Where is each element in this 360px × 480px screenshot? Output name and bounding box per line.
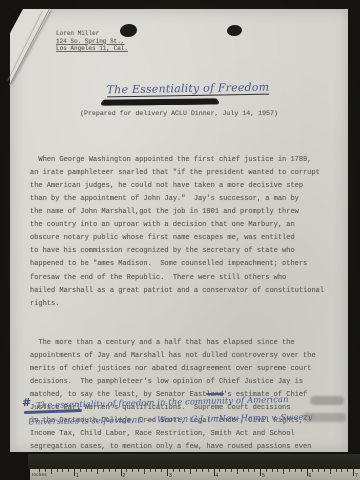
insertion-mark: #: [22, 396, 32, 410]
text-line: segregation cases, to mention only a few…: [30, 441, 338, 454]
ruler-tick: [202, 469, 203, 472]
ruler-tick: [179, 469, 180, 472]
ruler-tick: [74, 469, 75, 476]
ruler-tick: [150, 469, 151, 472]
ruler-tick: [283, 469, 284, 474]
ink-dash-mark: [206, 393, 224, 395]
ruler-tick: [353, 469, 354, 476]
scanned-document-photo: Loren Miller124 So. Spring St.,Los Angel…: [0, 0, 360, 480]
ruler-tick: [336, 469, 337, 472]
text-line: obscure notary public whose first name e…: [30, 232, 338, 245]
ruler-tick: [301, 469, 302, 472]
ruler-tick: [243, 469, 244, 472]
page-corner-shadow: [10, 9, 23, 33]
ruler-tick: [219, 469, 220, 472]
text-line: rights.: [30, 298, 338, 311]
text-line: When George Washington appointed the fir…: [30, 154, 338, 167]
ruler-tick: [173, 469, 174, 472]
text-line: decisions. The pamphleteer's low opinion…: [30, 376, 338, 389]
ruler-tick: [39, 469, 40, 472]
text-line: Income Tax, Child Labor, Race Restrictio…: [30, 428, 338, 441]
ruler-tick: [208, 469, 209, 472]
ruler-number: 7: [355, 473, 358, 479]
ruler-tick: [324, 469, 325, 472]
ruler-tick: [196, 469, 197, 472]
ruler-tick: [272, 469, 273, 472]
ruler-tick: [57, 469, 58, 472]
ruler-tick: [126, 469, 127, 472]
ruler-tick: [312, 469, 313, 472]
text-line: The more than a century and a half that …: [30, 337, 338, 350]
ruler-tick: [237, 469, 238, 474]
ruler-tick: [167, 469, 168, 476]
ruler-tick: [347, 469, 348, 472]
text-line: to have his commission recognized by the…: [30, 245, 338, 258]
ruler-label: Inches: [32, 472, 47, 477]
text-line: than by the appointment of John Jay." Ja…: [30, 193, 338, 206]
ruler-tick: [184, 469, 185, 472]
text-line: 124 So. Spring St.,: [56, 38, 128, 46]
scan-shadow-bar: [28, 454, 360, 469]
ruler-tick: [231, 469, 232, 472]
scribbled-out-text: [102, 98, 218, 105]
ruler-number: 4: [216, 473, 219, 479]
text-line: foresaw the end of the Republic. There w…: [30, 272, 338, 285]
ink-smudge: [310, 396, 344, 405]
ruler-tick: [260, 469, 261, 476]
ruler-number: 6: [309, 473, 312, 479]
ruler-tick: [80, 469, 81, 472]
ruler-tick: [248, 469, 249, 472]
body-text: When George Washington appointed the fir…: [30, 128, 338, 480]
ruler-number: 5: [262, 473, 265, 479]
address-block: Loren Miller124 So. Spring St.,Los Angel…: [56, 30, 128, 53]
ruler-tick: [121, 469, 122, 476]
ruler-tick: [103, 469, 104, 472]
text-line: the country into an uproar with a decisi…: [30, 219, 338, 232]
ruler-tick: [254, 469, 255, 472]
text-line: the name of John Marshall,got the job in…: [30, 206, 338, 219]
ruler-tick: [289, 469, 290, 472]
document-page: Loren Miller124 So. Spring St.,Los Angel…: [10, 9, 348, 452]
ruler-tick: [318, 469, 319, 472]
ruler-tick: [91, 469, 92, 472]
ruler-tick: [214, 469, 215, 476]
ruler-tick: [266, 469, 267, 472]
text-line: appointments of Jay and Marshall has not…: [30, 350, 338, 363]
text-line: Los Angeles 11, Cal.: [56, 45, 128, 53]
ink-smudge: [302, 413, 346, 422]
text-line: merits of chief justices nor abated disa…: [30, 363, 338, 376]
ruler-tick: [330, 469, 331, 474]
ruler-number: 1: [76, 473, 79, 479]
ruler-number: 3: [169, 473, 172, 479]
ruler-tick: [51, 469, 52, 474]
text-line: hailed Marshall as a great patriot and a…: [30, 285, 338, 298]
text-line: an irate pamphleteer snarled that "if th…: [30, 167, 338, 180]
ruler-tick: [109, 469, 110, 472]
ruler-tick: [45, 469, 46, 472]
ruler-tick: [307, 469, 308, 476]
ruler-tick: [115, 469, 116, 472]
ruler-tick: [341, 469, 342, 472]
text-line: happened to be "ames Madison. Some couns…: [30, 258, 338, 271]
ruler-tick: [277, 469, 278, 472]
paragraph: When George Washington appointed the fir…: [30, 154, 338, 311]
ruler-tick: [161, 469, 162, 472]
text-line: the American judges, he could not have t…: [30, 180, 338, 193]
ruler-tick: [144, 469, 145, 474]
ruler-tick: [190, 469, 191, 474]
text-line: Loren Miller: [56, 30, 128, 38]
ruler-tick: [68, 469, 69, 472]
ruler-tick: [62, 469, 63, 472]
measurement-ruler: Inches 1234567: [30, 469, 360, 480]
ruler-tick: [132, 469, 133, 472]
ruler-tick: [97, 469, 98, 474]
ruler-tick: [138, 469, 139, 472]
ruler-tick: [155, 469, 156, 472]
ruler-number: 2: [123, 473, 126, 479]
handwritten-title: The Essentiality of Freedom: [88, 80, 288, 96]
ruler-tick: [295, 469, 296, 472]
punch-hole: [226, 24, 242, 37]
subtitle: (Prepared for delivery ACLU Dinner, July…: [10, 110, 348, 117]
title-text: The Essentiality of Freedom: [107, 81, 270, 98]
ruler-tick: [86, 469, 87, 472]
ruler-tick: [225, 469, 226, 472]
